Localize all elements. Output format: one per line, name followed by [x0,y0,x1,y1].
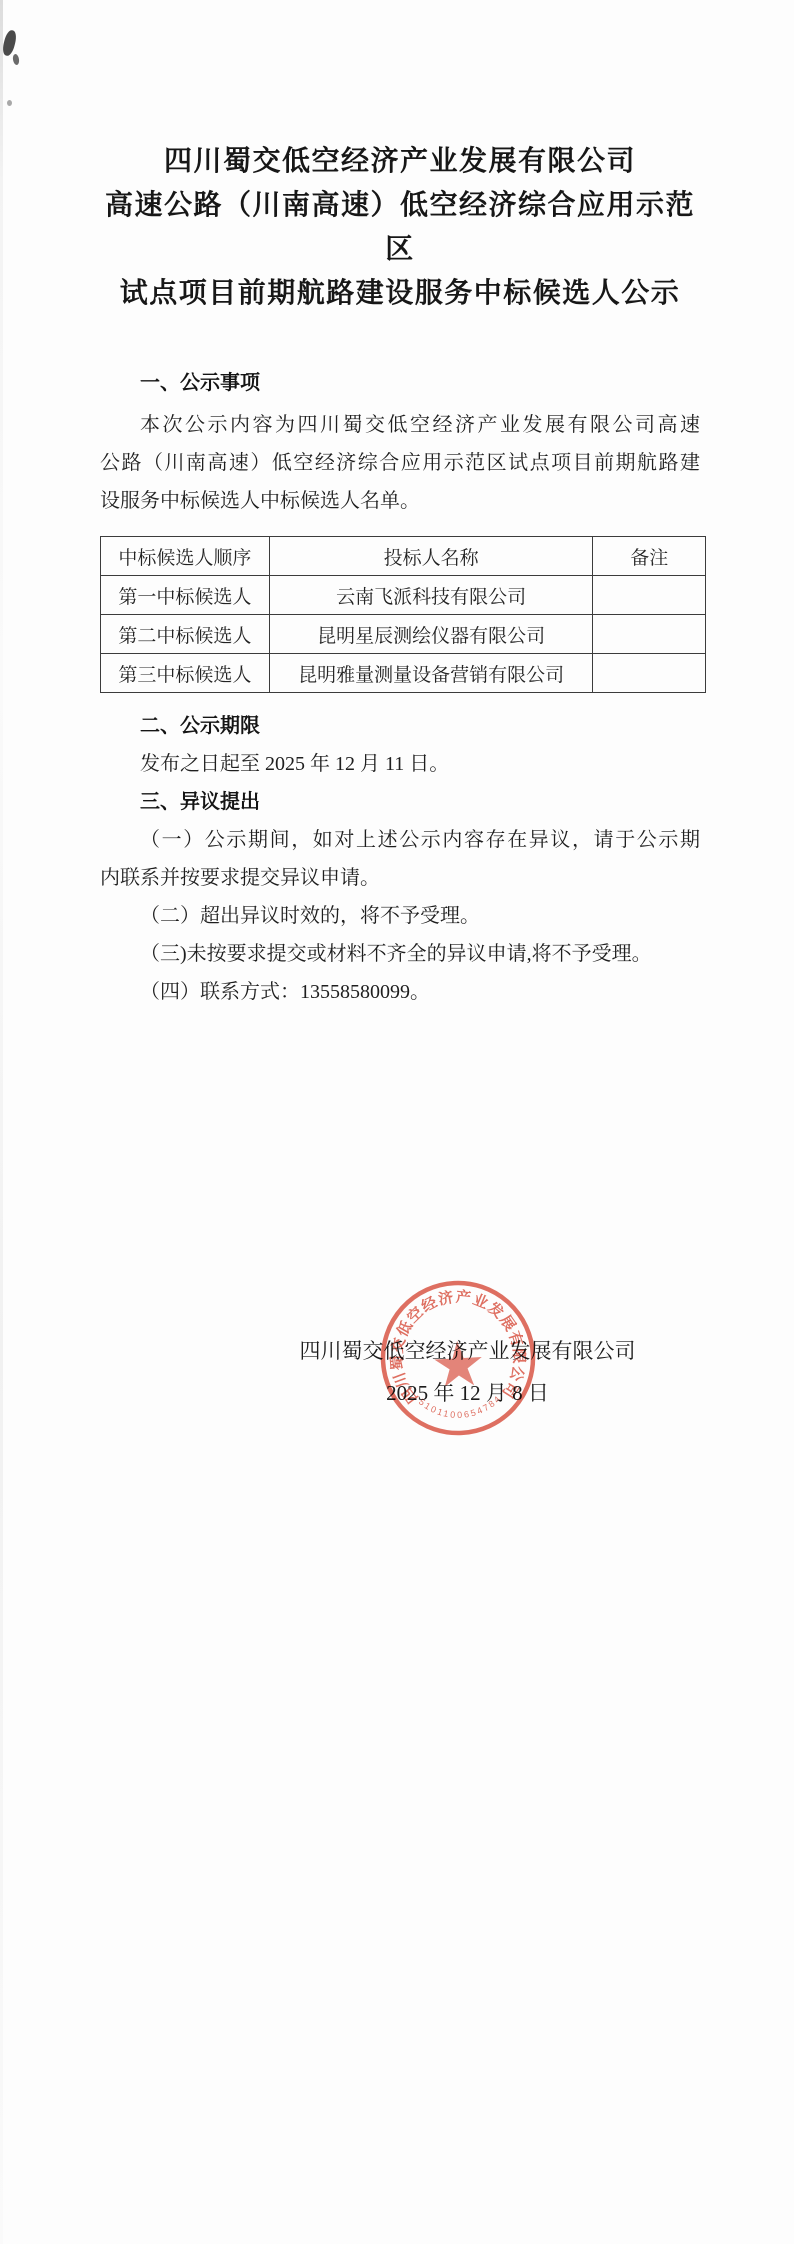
paragraph-line: 内联系并按要求提交异议申请。 [100,859,700,897]
svg-text:5101100654784: 5101100654784 [416,1392,504,1422]
paragraph-line: （一）公示期间，如对上述公示内容存在异议，请于公示期 [100,821,700,859]
section2-heading: 二、公示期限 [100,707,700,745]
rank-cell: 第二中标候选人 [101,615,270,654]
section3-item4: （四）联系方式：13558580099。 [100,973,700,1011]
paragraph-line: 本次公示内容为四川蜀交低空经济产业发展有限公司高速 [100,406,700,444]
document-title: 四川蜀交低空经济产业发展有限公司 高速公路（川南高速）低空经济综合应用示范区 试… [100,140,700,316]
company-seal: 四川蜀交低空经济产业发展有限公司 5101100654784 [369,1269,548,1448]
remark-cell [593,576,706,615]
section2-body: 发布之日起至 2025 年 12 月 11 日。 [100,745,700,783]
header-cell-bidder: 投标人名称 [269,537,593,576]
scanned-document-page: 四川蜀交低空经济产业发展有限公司 高速公路（川南高速）低空经济综合应用示范区 试… [0,0,794,2244]
paragraph-line: 设服务中标候选人中标候选人名单。 [100,482,700,520]
table-row: 第三中标候选人 昆明雅量测量设备营销有限公司 [101,654,706,693]
header-cell-remark: 备注 [593,537,706,576]
table-row: 第一中标候选人 云南飞派科技有限公司 [101,576,706,615]
scan-artifact [12,54,20,66]
section3-item3: （三)未按要求提交或材料不齐全的异议申请,将不予受理。 [100,935,700,973]
bidder-cell: 昆明星辰测绘仪器有限公司 [269,615,593,654]
document-content: 四川蜀交低空经济产业发展有限公司 高速公路（川南高速）低空经济综合应用示范区 试… [100,0,700,1011]
paragraph-line: 公路（川南高速）低空经济综合应用示范区试点项目前期航路建 [100,444,700,482]
bidder-cell: 云南飞派科技有限公司 [269,576,593,615]
remark-cell [593,615,706,654]
section3-item2: （二）超出异议时效的，将不予受理。 [100,897,700,935]
rank-cell: 第三中标候选人 [101,654,270,693]
title-line: 试点项目前期航路建设服务中标候选人公示 [100,272,700,316]
header-cell-rank: 中标候选人顺序 [101,537,270,576]
table-row: 第二中标候选人 昆明星辰测绘仪器有限公司 [101,615,706,654]
section3-item1: （一）公示期间，如对上述公示内容存在异议，请于公示期 内联系并按要求提交异议申请… [100,821,700,897]
seal-serial: 5101100654784 [416,1392,504,1422]
candidates-table: 中标候选人顺序 投标人名称 备注 第一中标候选人 云南飞派科技有限公司 第二中标… [100,536,706,693]
title-line: 四川蜀交低空经济产业发展有限公司 [100,140,700,184]
section3-heading: 三、异议提出 [100,783,700,821]
title-line: 高速公路（川南高速）低空经济综合应用示范区 [100,184,700,272]
scan-artifact [1,29,18,57]
scan-artifact [7,100,12,106]
seal-star-icon [433,1340,483,1388]
table-header-row: 中标候选人顺序 投标人名称 备注 [101,537,706,576]
bidder-cell: 昆明雅量测量设备营销有限公司 [269,654,593,693]
rank-cell: 第一中标候选人 [101,576,270,615]
section1-heading: 一、公示事项 [100,364,700,402]
scan-edge-shadow [0,0,3,2244]
remark-cell [593,654,706,693]
section1-paragraph: 本次公示内容为四川蜀交低空经济产业发展有限公司高速 公路（川南高速）低空经济综合… [100,406,700,520]
